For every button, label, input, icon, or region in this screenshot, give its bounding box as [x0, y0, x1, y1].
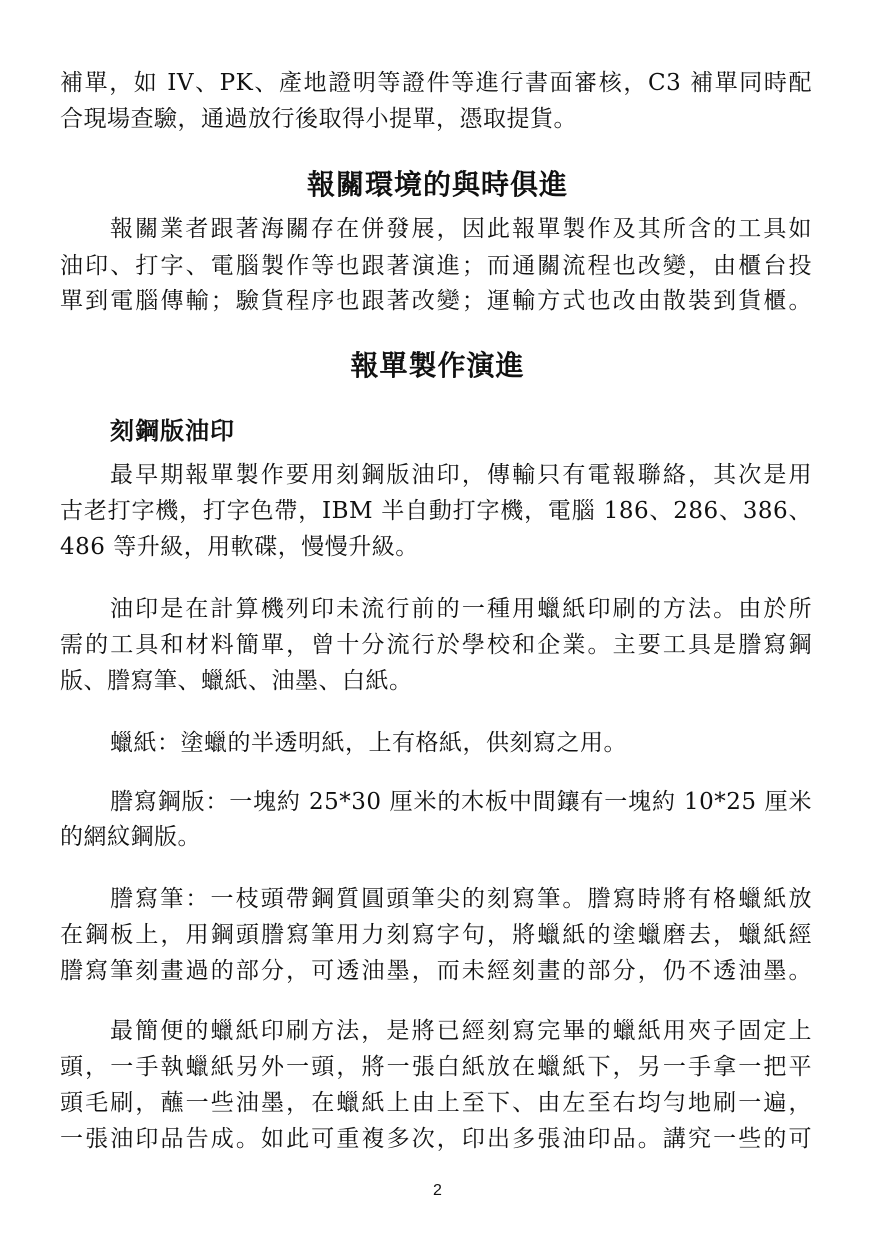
paragraph-line: 單到電腦傳輸；驗貨程序也跟著改變；運輸方式也改由散裝到貨櫃。 — [60, 286, 812, 316]
document-page: 補單，如 IV、PK、產地證明等證件等進行書面審核，C3 補單同時配 合現場查驗… — [0, 0, 875, 1240]
paragraph-line: 謄寫鋼版：一塊約 25*30 厘米的木板中間鑲有一塊約 10*25 厘米 — [110, 787, 812, 817]
paragraph-line: 版、謄寫筆、蠟紙、油墨、白紙。 — [60, 666, 812, 696]
paragraph-line: 在鋼板上，用鋼頭謄寫筆用力刻寫字句，將蠟紙的塗蠟磨去，蠟紙經 — [60, 920, 812, 950]
paragraph-line: 最早期報單製作要用刻鋼版油印，傳輸只有電報聯絡，其次是用 — [110, 460, 812, 490]
section-title: 報單製作演進 — [0, 348, 875, 384]
page-number: 2 — [0, 1182, 875, 1200]
section-title: 報關環境的與時俱進 — [0, 167, 875, 203]
paragraph-line: 古老打字機，打字色帶，IBM 半自動打字機，電腦 186、286、386、 — [60, 496, 812, 526]
paragraph-line: 報關業者跟著海關存在併發展，因此報單製作及其所含的工具如 — [110, 214, 812, 244]
paragraph-line: 頭毛刷，蘸一些油墨，在蠟紙上由上至下、由左至右均勻地刷一遍， — [60, 1088, 812, 1118]
paragraph-line: 頭，一手執蠟紙另外一頭，將一張白紙放在蠟紙下，另一手拿一把平 — [60, 1052, 812, 1082]
paragraph-line: 最簡便的蠟紙印刷方法，是將已經刻寫完畢的蠟紙用夾子固定上 — [110, 1016, 812, 1046]
paragraph-line: 一張油印品告成。如此可重複多次，印出多張油印品。講究一些的可 — [60, 1124, 812, 1154]
intro-line: 合現場查驗，通過放行後取得小提單，憑取提貨。 — [60, 104, 812, 134]
intro-line: 補單，如 IV、PK、產地證明等證件等進行書面審核，C3 補單同時配 — [60, 68, 812, 98]
paragraph-line: 486 等升級，用軟碟，慢慢升級。 — [60, 532, 812, 562]
paragraph-line: 蠟紙：塗蠟的半透明紙，上有格紙，供刻寫之用。 — [110, 728, 812, 758]
paragraph-line: 油印、打字、電腦製作等也跟著演進；而通關流程也改變，由櫃台投 — [60, 251, 812, 281]
paragraph-line: 謄寫筆：一枝頭帶鋼質圓頭筆尖的刻寫筆。謄寫時將有格蠟紙放 — [110, 884, 812, 914]
paragraph-line: 需的工具和材料簡單，曾十分流行於學校和企業。主要工具是謄寫鋼 — [60, 630, 812, 660]
paragraph-line: 謄寫筆刻畫過的部分，可透油墨，而未經刻畫的部分，仍不透油墨。 — [60, 956, 812, 986]
paragraph-line: 油印是在計算機列印未流行前的一種用蠟紙印刷的方法。由於所 — [110, 594, 812, 624]
subheading: 刻鋼版油印 — [110, 415, 235, 447]
paragraph-line: 的網紋鋼版。 — [60, 822, 812, 852]
